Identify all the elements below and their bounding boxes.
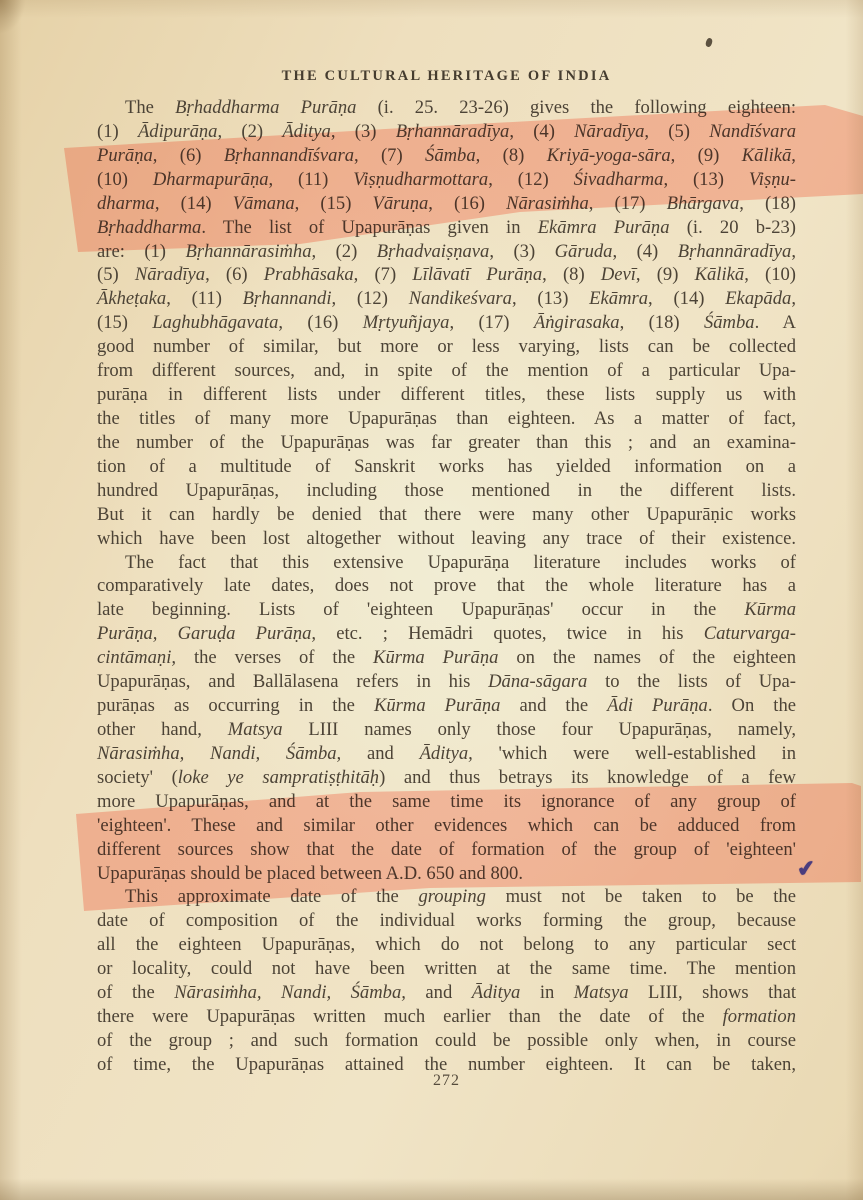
text-run: But it can hardly be denied that there w… xyxy=(97,504,796,525)
text-line: of the group ; and such formation could … xyxy=(97,1029,796,1053)
text-line: all the eighteen Upapurāṇas, which do no… xyxy=(97,933,796,957)
corner-smudge xyxy=(0,0,26,34)
text-line: there were Upapurāṇas written much earli… xyxy=(97,1005,796,1029)
italic-title-run: Ekāmra xyxy=(589,288,648,309)
text-run: , (18) xyxy=(739,193,796,214)
italic-title-run: Mṛtyuñjaya xyxy=(363,312,450,333)
text-run: , (5) xyxy=(644,121,709,142)
italic-title-run: Matsya xyxy=(228,719,283,740)
text-run: and xyxy=(406,982,472,1003)
text-run: , (7) xyxy=(354,145,425,166)
text-run: , (14) xyxy=(648,288,725,309)
text-line: 'eighteen'. These and similar other evid… xyxy=(97,814,796,838)
text-run: (1) xyxy=(97,121,138,142)
text-run: different sources show that the date of … xyxy=(97,839,796,860)
text-run: , (6) xyxy=(153,145,224,166)
text-run: , (10) xyxy=(744,264,796,285)
italic-title-run: Ekāmra Purāṇa xyxy=(538,217,670,238)
italic-title-run: Viṣṇudharmottara xyxy=(353,169,488,190)
text-run: which have been lost altogether without … xyxy=(97,528,796,549)
page-body-text: The Bṛhaddharma Purāṇa (i. 25. 23-26) gi… xyxy=(97,96,796,1077)
text-line: Purāṇa, (6) Bṛhannandīśvara, (7) Śāmba, … xyxy=(97,144,796,168)
italic-title-run: Bṛhannāradīya xyxy=(396,121,510,142)
text-run: , (11) xyxy=(166,288,242,309)
text-line: (15) Laghubhāgavata, (16) Mṛtyuñjaya, (1… xyxy=(97,311,796,335)
italic-title-run: grouping xyxy=(418,886,486,907)
running-head: THE CULTURAL HERITAGE OF INDIA xyxy=(97,68,796,85)
text-line: (5) Nāradīya, (6) Prabhāsaka, (7) Līlāva… xyxy=(97,263,796,287)
text-run: , (3) xyxy=(331,121,396,142)
text-run: from different sources, and, in spite of… xyxy=(97,360,796,381)
text-run: , (8) xyxy=(542,264,601,285)
text-run: , (8) xyxy=(476,145,547,166)
text-run: , (12) xyxy=(332,288,409,309)
text-run: more Upapurāṇas, and at the same time it… xyxy=(97,791,796,812)
text-run: must not be taken to be the xyxy=(486,886,796,907)
ink-speck-mark xyxy=(705,37,713,47)
italic-title-run: Nārasiṁha xyxy=(506,193,589,214)
text-line: date of composition of the individual wo… xyxy=(97,909,796,933)
text-run: , (2) xyxy=(312,241,377,262)
text-run: , (17) xyxy=(589,193,667,214)
text-run: The fact that this extensive Upapurāṇa l… xyxy=(125,552,796,573)
text-run: . The list of Upapurāṇas given in xyxy=(201,217,537,238)
text-run: , (13) xyxy=(512,288,589,309)
text-line: of the Nārasiṁha, Nandi, Śāmba, and Ādit… xyxy=(97,981,796,1005)
italic-title-run: Bṛhannāradīya xyxy=(678,241,792,262)
italic-title-run: Purāṇa, Garuḍa Purāṇa, xyxy=(97,623,316,644)
italic-title-run: Ākheṭaka xyxy=(97,288,166,309)
text-run: , xyxy=(791,145,796,166)
text-line: other hand, Matsya LIII names only those… xyxy=(97,718,796,742)
text-run: Upapurāṇas, and Ballālasena refers in hi… xyxy=(97,671,488,692)
italic-title-run: dharma xyxy=(97,193,155,214)
text-run: , (9) xyxy=(636,264,695,285)
italic-title-run: Śāmba xyxy=(425,145,476,166)
text-line: Nārasiṁha, Nandi, Śāmba, and Āditya, 'wh… xyxy=(97,742,796,766)
italic-title-run: Viṣṇu- xyxy=(749,169,796,190)
text-line: comparatively late dates, does not prove… xyxy=(97,574,796,598)
text-line: cintāmaṇi, the verses of the Kūrma Purāṇ… xyxy=(97,646,796,670)
text-run: hundred Upapurāṇas, including those ment… xyxy=(97,480,796,501)
text-run: and the xyxy=(500,695,607,716)
italic-title-run: Bṛhannārasiṁha xyxy=(185,241,311,262)
italic-title-run: Nārasiṁha, Nandi, Śāmba, xyxy=(97,743,341,764)
text-run: , (16) xyxy=(428,193,506,214)
text-line: good number of similar, but more or less… xyxy=(97,335,796,359)
text-run: , (3) xyxy=(489,241,554,262)
text-run: purāṇas as occurring in the xyxy=(97,695,374,716)
italic-title-run: Śāmba xyxy=(704,312,755,333)
text-run: Upapurāṇas should be placed between A.D.… xyxy=(97,863,523,884)
text-run: , (9) xyxy=(671,145,742,166)
text-run: of the xyxy=(97,982,174,1003)
text-run: , (4) xyxy=(509,121,574,142)
text-line: But it can hardly be denied that there w… xyxy=(97,503,796,527)
text-run: the titles of many more Upapurāṇas than … xyxy=(97,408,796,429)
text-run: , (2) xyxy=(217,121,282,142)
text-line: society' (loke ye sampratiṣṭhitāḥ) and t… xyxy=(97,766,796,790)
italic-title-run: Āṅgirasaka xyxy=(534,312,620,333)
text-run: (15) xyxy=(97,312,152,333)
text-line: hundred Upapurāṇas, including those ment… xyxy=(97,479,796,503)
text-line: which have been lost altogether without … xyxy=(97,527,796,551)
text-run: tion of a multitude of Sanskrit works ha… xyxy=(97,456,796,477)
italic-title-run: Nandīśvara xyxy=(709,121,796,142)
italic-title-run: Āditya xyxy=(472,982,521,1003)
text-run: (10) xyxy=(97,169,153,190)
italic-title-run: Caturvarga- xyxy=(704,623,796,644)
text-run: , (16) xyxy=(278,312,362,333)
text-line: purāṇa in different lists under differen… xyxy=(97,383,796,407)
text-run: society' ( xyxy=(97,767,178,788)
italic-title-run: Bṛhadvaiṣṇava xyxy=(377,241,490,262)
text-run: , (6) xyxy=(205,264,264,285)
italic-title-run: Devī xyxy=(601,264,636,285)
italic-title-run: Nāradīya xyxy=(135,264,205,285)
text-run: , (7) xyxy=(354,264,413,285)
text-line: different sources show that the date of … xyxy=(97,838,796,862)
italic-title-run: Nārasiṁha, Nandi, Śāmba, xyxy=(174,982,406,1003)
text-run: are: (1) xyxy=(97,241,185,262)
text-run: The xyxy=(125,97,175,118)
text-run: and xyxy=(341,743,419,764)
text-run: , (18) xyxy=(620,312,704,333)
text-line: or locality, could not have been written… xyxy=(97,957,796,981)
text-run: , (13) xyxy=(663,169,748,190)
text-line: The fact that this extensive Upapurāṇa l… xyxy=(97,551,796,575)
text-run: in xyxy=(520,982,573,1003)
text-line: purāṇas as occurring in the Kūrma Purāṇa… xyxy=(97,694,796,718)
italic-title-run: Dharmapurāṇa xyxy=(153,169,269,190)
text-line: Bṛhaddharma. The list of Upapurāṇas give… xyxy=(97,216,796,240)
text-run: LIII names only those four Upapurāṇas, n… xyxy=(283,719,797,740)
text-run: other hand, xyxy=(97,719,228,740)
text-run: . On the xyxy=(708,695,796,716)
text-run: LIII, shows that xyxy=(629,982,796,1003)
text-line: The Bṛhaddharma Purāṇa (i. 25. 23-26) gi… xyxy=(97,96,796,120)
italic-title-run: Ekapāda xyxy=(725,288,791,309)
text-line: (1) Ādipurāṇa, (2) Āditya, (3) Bṛhannāra… xyxy=(97,120,796,144)
scanned-book-page: THE CULTURAL HERITAGE OF INDIA The Bṛhad… xyxy=(0,0,863,1200)
text-run: , xyxy=(791,241,796,262)
text-run: comparatively late dates, does not prove… xyxy=(97,575,796,596)
text-run: , (14) xyxy=(155,193,233,214)
text-run: the number of the Upapurāṇas was far gre… xyxy=(97,432,796,453)
italic-title-run: loke ye sampratiṣṭhitāḥ xyxy=(178,767,379,788)
italic-title-run: Āditya xyxy=(282,121,331,142)
italic-title-run: Līlāvatī Purāṇa xyxy=(412,264,542,285)
text-run: . A xyxy=(755,312,796,333)
italic-title-run: Nāradīya xyxy=(574,121,644,142)
italic-title-run: Kālikā xyxy=(695,264,745,285)
checkmark-annotation: ✔ xyxy=(796,855,817,883)
text-run: (5) xyxy=(97,264,135,285)
text-run: etc. ; Hemādri quotes, twice in his xyxy=(316,623,704,644)
italic-title-run: Kālikā xyxy=(742,145,792,166)
text-run: , (17) xyxy=(449,312,533,333)
page-number: 272 xyxy=(97,1072,796,1090)
italic-title-run: Bhārgava xyxy=(667,193,740,214)
italic-title-run: cintāmaṇi, xyxy=(97,647,176,668)
text-line: (10) Dharmapurāṇa, (11) Viṣṇudharmottara… xyxy=(97,168,796,192)
text-line: more Upapurāṇas, and at the same time it… xyxy=(97,790,796,814)
italic-title-run: Vāruṇa xyxy=(373,193,429,214)
text-run: , (11) xyxy=(269,169,354,190)
text-run: good number of similar, but more or less… xyxy=(97,336,796,357)
text-run: , (12) xyxy=(488,169,573,190)
text-line: dharma, (14) Vāmana, (15) Vāruṇa, (16) N… xyxy=(97,192,796,216)
italic-title-run: Ādipurāṇa xyxy=(138,121,218,142)
italic-title-run: Āditya, xyxy=(420,743,473,764)
italic-title-run: Bṛhaddharma Purāṇa xyxy=(175,97,356,118)
italic-title-run: Bṛhaddharma xyxy=(97,217,201,238)
text-line: Purāṇa, Garuḍa Purāṇa, etc. ; Hemādri qu… xyxy=(97,622,796,646)
italic-title-run: Matsya xyxy=(574,982,629,1003)
italic-title-run: Kūrma xyxy=(744,599,796,620)
text-run: (i. 25. 23-26) gives the following eight… xyxy=(356,97,796,118)
text-run: , (4) xyxy=(612,241,677,262)
text-run: there were Upapurāṇas written much earli… xyxy=(97,1006,723,1027)
italic-title-run: Bṛhannandi xyxy=(243,288,332,309)
italic-title-run: Kriyā-yoga-sāra xyxy=(547,145,671,166)
text-run: of the group ; and such formation could … xyxy=(97,1030,796,1051)
text-line: tion of a multitude of Sanskrit works ha… xyxy=(97,455,796,479)
italic-title-run: Dāna-sāgara xyxy=(488,671,587,692)
italic-title-run: Bṛhannandīśvara xyxy=(224,145,354,166)
text-line: Upapurāṇas, and Ballālasena refers in hi… xyxy=(97,670,796,694)
text-run: This approximate date of the xyxy=(125,886,418,907)
text-line: Ākheṭaka, (11) Bṛhannandi, (12) Nandikeś… xyxy=(97,287,796,311)
italic-title-run: Kūrma Purāṇa xyxy=(374,695,501,716)
text-run: date of composition of the individual wo… xyxy=(97,910,796,931)
text-run: , (15) xyxy=(295,193,373,214)
text-run: or locality, could not have been written… xyxy=(97,958,796,979)
italic-title-run: Vāmana xyxy=(233,193,295,214)
italic-title-run: Śivadharma xyxy=(574,169,664,190)
italic-title-run: Kūrma Purāṇa xyxy=(373,647,498,668)
text-run: , xyxy=(791,288,796,309)
text-line: are: (1) Bṛhannārasiṁha, (2) Bṛhadvaiṣṇa… xyxy=(97,240,796,264)
text-line: Upapurāṇas should be placed between A.D.… xyxy=(97,862,796,886)
italic-title-run: Prabhāsaka xyxy=(264,264,354,285)
text-run: on the names of the eighteen xyxy=(498,647,796,668)
text-run: 'which were well-established in xyxy=(473,743,796,764)
text-run: ) and thus betrays its knowledge of a fe… xyxy=(379,767,796,788)
italic-title-run: Laghubhāgavata xyxy=(152,312,278,333)
text-line: the titles of many more Upapurāṇas than … xyxy=(97,407,796,431)
text-run: the verses of the xyxy=(176,647,373,668)
text-line: late beginning. Lists of 'eighteen Upapu… xyxy=(97,598,796,622)
italic-title-run: formation xyxy=(723,1006,796,1027)
text-run: purāṇa in different lists under differen… xyxy=(97,384,796,405)
text-line: the number of the Upapurāṇas was far gre… xyxy=(97,431,796,455)
text-run: all the eighteen Upapurāṇas, which do no… xyxy=(97,934,796,955)
italic-title-run: Purāṇa xyxy=(97,145,153,166)
text-run: to the lists of Upa- xyxy=(587,671,796,692)
text-line: This approximate date of the grouping mu… xyxy=(97,885,796,909)
italic-title-run: Nandikeśvara xyxy=(409,288,512,309)
text-run: (i. 20 b-23) xyxy=(670,217,796,238)
italic-title-run: Gāruda xyxy=(555,241,613,262)
text-line: from different sources, and, in spite of… xyxy=(97,359,796,383)
text-run: late beginning. Lists of 'eighteen Upapu… xyxy=(97,599,744,620)
text-run: 'eighteen'. These and similar other evid… xyxy=(97,815,796,836)
italic-title-run: Ādi Purāṇa xyxy=(607,695,708,716)
